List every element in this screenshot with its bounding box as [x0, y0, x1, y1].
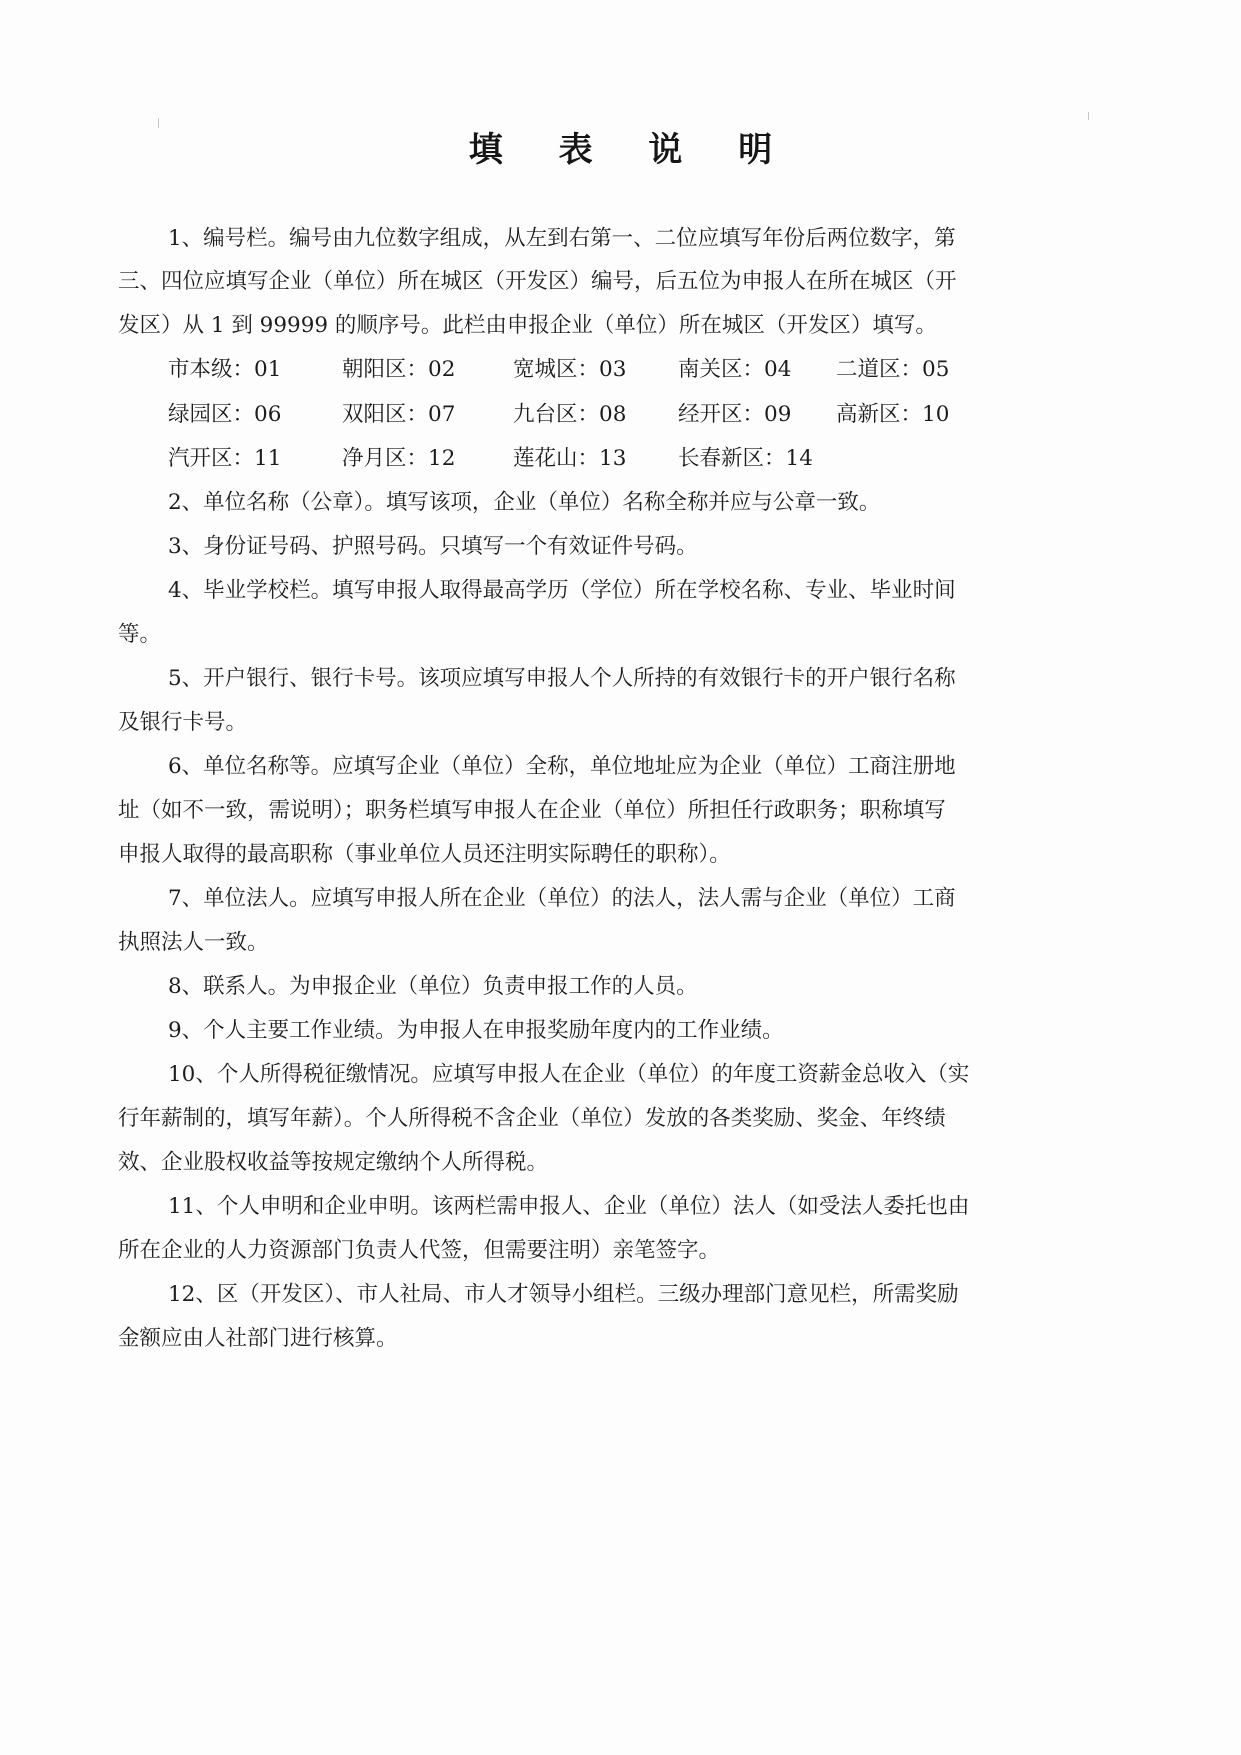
paragraph-1-line-3: 发区）从 1 到 99999 的顺序号。此栏由申报企业（单位）所在城区（开发区）…	[118, 311, 937, 341]
paragraph-4-line-2: 等。	[118, 620, 161, 650]
district-code-item: 莲花山：13	[513, 444, 626, 474]
paragraph-12-line-1: 12、区（开发区）、市人社局、市人才领导小组栏。三级办理部门意见栏，所需奖励	[168, 1280, 959, 1310]
paragraph-4-line-1: 4、毕业学校栏。填写申报人取得最高学历（学位）所在学校名称、专业、毕业时间	[168, 576, 956, 606]
district-code-item: 汽开区：11	[168, 444, 281, 474]
district-code-item: 经开区：09	[678, 400, 791, 430]
district-code-item: 九台区：08	[513, 400, 626, 430]
paragraph-11-line-2: 所在企业的人力资源部门负责人代签，但需要注明）亲笔签字。	[118, 1236, 720, 1266]
paragraph-6-line-2: 址（如不一致，需说明）；职务栏填写申报人在企业（单位）所担任行政职务；职称填写	[118, 796, 946, 826]
paragraph-12-line-2: 金额应由人社部门进行核算。	[118, 1324, 398, 1354]
district-code-item: 朝阳区：02	[342, 355, 455, 385]
paragraph-1-line-1: 1、编号栏。编号由九位数字组成，从左到右第一、二位应填写年份后两位数字，第	[168, 224, 956, 254]
district-code-item: 净月区：12	[342, 444, 455, 474]
paragraph-7-line-1: 7、单位法人。应填写申报人所在企业（单位）的法人，法人需与企业（单位）工商	[168, 884, 956, 914]
district-code-item: 二道区：05	[836, 355, 949, 385]
page-title: 填 表 说 明	[0, 122, 1241, 171]
district-code-item: 市本级：01	[168, 355, 281, 385]
district-code-item: 宽城区：03	[513, 355, 626, 385]
paragraph-10-line-2: 行年薪制的，填写年薪）。个人所得税不含企业（单位）发放的各类奖励、奖金、年终绩	[118, 1104, 946, 1134]
paragraph-9-line-1: 9、个人主要工作业绩。为申报人在申报奖励年度内的工作业绩。	[168, 1016, 784, 1046]
paragraph-5-line-1: 5、开户银行、银行卡号。该项应填写申报人个人所持的有效银行卡的开户银行名称	[168, 664, 956, 694]
district-code-item: 双阳区：07	[342, 400, 455, 430]
district-code-item: 高新区：10	[836, 400, 949, 430]
paragraph-6-line-3: 申报人取得的最高职称（事业单位人员还注明实际聘任的职称）。	[118, 840, 731, 870]
district-code-item: 长春新区：14	[678, 444, 813, 474]
paragraph-10-line-1: 10、个人所得税征缴情况。应填写申报人在企业（单位）的年度工资薪金总收入（实	[168, 1060, 969, 1090]
paragraph-7-line-2: 执照法人一致。	[118, 928, 269, 958]
paragraph-8-line-1: 8、联系人。为申报企业（单位）负责申报工作的人员。	[168, 972, 698, 1002]
paragraph-3-line-1: 3、身份证号码、护照号码。只填写一个有效证件号码。	[168, 532, 698, 562]
scan-speck	[1088, 112, 1089, 120]
district-code-item: 南关区：04	[678, 355, 791, 385]
paragraph-5-line-2: 及银行卡号。	[118, 708, 247, 738]
document-page: 填 表 说 明 1、编号栏。编号由九位数字组成，从左到右第一、二位应填写年份后两…	[0, 0, 1241, 1755]
district-code-item: 绿园区：06	[168, 400, 281, 430]
paragraph-1-line-2: 三、四位应填写企业（单位）所在城区（开发区）编号，后五位为申报人在所在城区（开	[118, 267, 957, 297]
paragraph-6-line-1: 6、单位名称等。应填写企业（单位）全称，单位地址应为企业（单位）工商注册地	[168, 752, 956, 782]
paragraph-10-line-3: 效、企业股权收益等按规定缴纳个人所得税。	[118, 1148, 548, 1178]
paragraph-2-line-1: 2、单位名称（公章）。填写该项，企业（单位）名称全称并应与公章一致。	[168, 488, 880, 518]
paragraph-11-line-1: 11、个人申明和企业申明。该两栏需申报人、企业（单位）法人（如受法人委托也由	[168, 1192, 969, 1222]
